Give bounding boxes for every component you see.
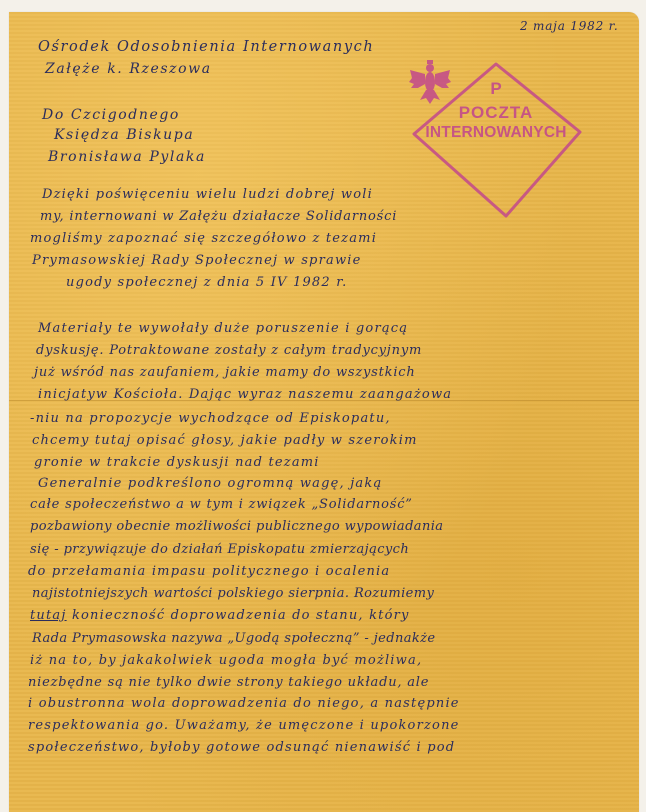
body-line: my, internowani w Załężu działacze Solid… [40, 210, 397, 223]
body-line: niezbędne są nie tylko dwie strony takie… [28, 676, 429, 689]
body-line: inicjatyw Kościoła. Dając wyraz naszemu … [38, 388, 452, 401]
body-line: i obustronna wola doprowadzenia do niego… [28, 697, 460, 710]
body-line: społeczeństwo, byłoby gotowe odsunąć nie… [28, 741, 455, 754]
stamp-text-line-2: INTERNOWANYCH [408, 125, 584, 141]
recipient-line-3: Bronisława Pylaka [48, 150, 206, 164]
body-line: całe społeczeństwo a w tym i związek „So… [30, 498, 413, 511]
body-line: gronie w trakcie dyskusji nad tezami [34, 456, 320, 469]
underlined-word: tutaj [30, 608, 67, 623]
body-line: iż na to, by jakakolwiek ugoda mogła być… [30, 654, 422, 667]
body-line: już wśród nas zaufaniem, jakie mamy do w… [34, 366, 416, 379]
body-line: tutaj konieczność doprowadzenia do stanu… [30, 609, 410, 622]
sender-line-1: Ośrodek Odosobnienia Internowanych [38, 40, 374, 55]
body-line: ugody społecznej z dnia 5 IV 1982 r. [66, 276, 348, 289]
body-line: -niu na propozycje wychodzące od Episkop… [30, 412, 391, 425]
body-line: się - przywiązuje do działań Episkopatu … [30, 543, 409, 556]
body-line: chcemy tutaj opisać głosy, jakie padły w… [32, 434, 418, 447]
internee-post-stamp: P POCZTA INTERNOWANYCH [408, 60, 584, 220]
letter-date: 2 maja 1982 r. [520, 20, 618, 32]
body-line: Prymasowskiej Rady Społecznej w sprawie [32, 254, 362, 267]
recipient-line-1: Do Czcigodnego [42, 108, 180, 122]
body-line: mogliśmy zapoznać się szczegółowo z teza… [30, 232, 377, 245]
stamp-text-line-1: POCZTA [408, 104, 584, 121]
body-line: dyskusję. Potraktowane zostały z całym t… [36, 344, 422, 357]
body-line: Rada Prymasowska nazywa „Ugodą społeczną… [32, 632, 436, 645]
recipient-line-2: Księdza Biskupa [54, 128, 194, 142]
eagle-icon [408, 60, 452, 106]
body-line: Generalnie podkreślono ogromną wagę, jak… [38, 477, 382, 490]
sender-line-2: Załęże k. Rzeszowa [45, 62, 212, 76]
body-line: Dzięki poświęceniu wielu ludzi dobrej wo… [42, 188, 373, 201]
body-line: pozbawiony obecnie możliwości publiczneg… [30, 520, 443, 533]
body-line: najistotniejszych wartości polskiego sie… [32, 587, 434, 600]
body-line: respektowania go. Uważamy, że umęczone i… [28, 719, 460, 732]
body-line: Materiały te wywołały duże poruszenie i … [38, 322, 408, 335]
body-line: do przełamania impasu politycznego i oca… [28, 565, 390, 578]
